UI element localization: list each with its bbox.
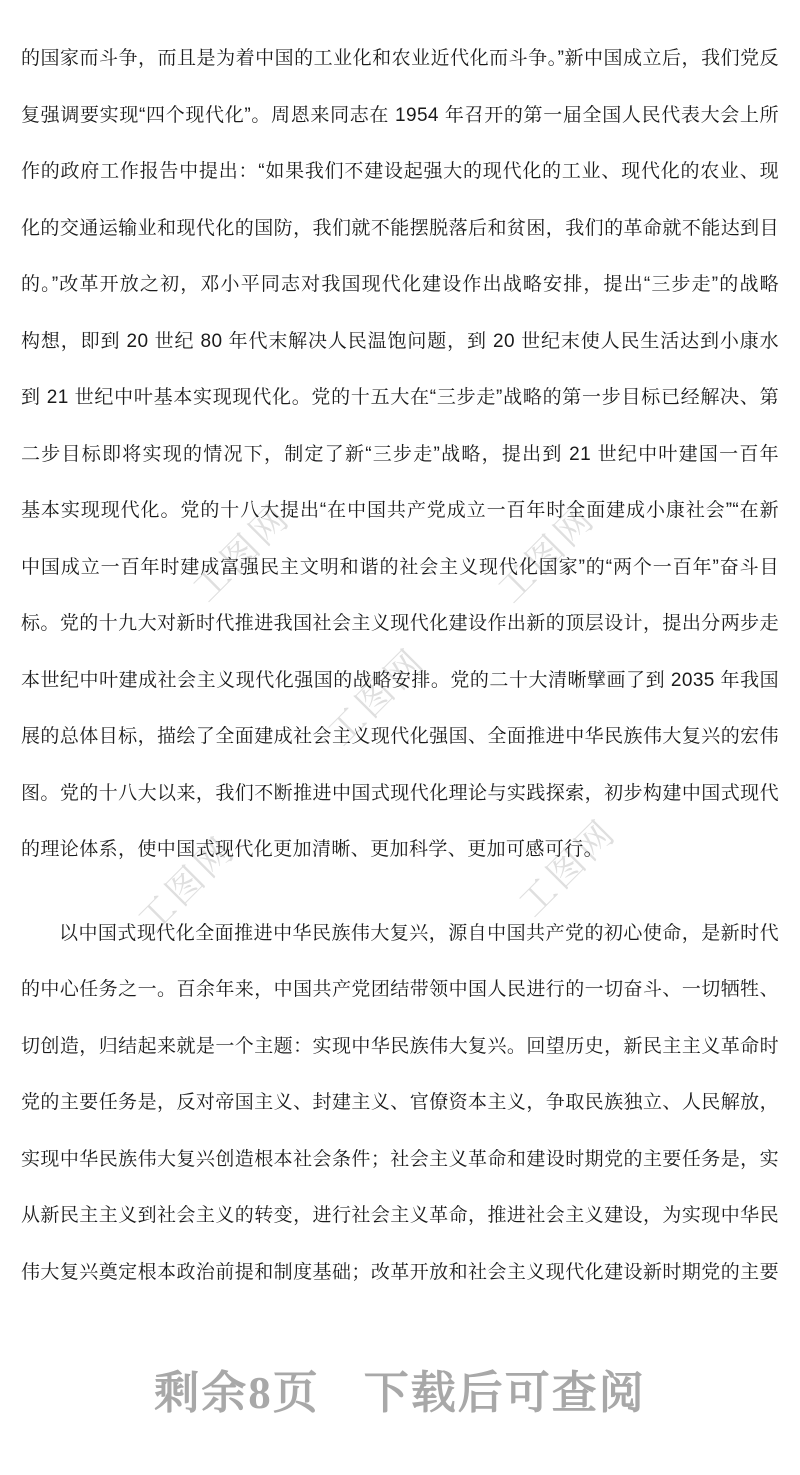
text-line: 化的交通运输业和现代化的国防，我们就不能摆脱落后和贫困，我们的革命就不能达到目 (21, 201, 779, 258)
remaining-pages-label: 剩余8页 (154, 1369, 320, 1419)
text-line: 从新民主主义到社会主义的转变，进行社会主义革命，推进社会主义建设，为实现中华民族 (21, 1188, 779, 1245)
paragraph: 以中国式现代化全面推进中华民族伟大复兴，源自中国共产党的初心使命，是新时代党的中… (21, 906, 779, 1302)
document-page: 工图网工图网工图网工图网工图网 的国家而斗争，而且是为着中国的工业化和农业近代化… (0, 0, 800, 1475)
text-line: 党的主要任务是，反对帝国主义、封建主义、官僚资本主义，争取民族独立、人民解放，为 (21, 1075, 779, 1132)
text-line: 以中国式现代化全面推进中华民族伟大复兴，源自中国共产党的初心使命，是新时代党 (21, 906, 779, 963)
text-line: 的中心任务之一。百余年来，中国共产党团结带领中国人民进行的一切奋斗、一切牺牲、一 (21, 962, 779, 1019)
text-line: 的理论体系，使中国式现代化更加清晰、更加科学、更加可感可行。 (21, 822, 779, 879)
text-line: 基本实现现代化。党的十八大提出“在中国共产党成立一百年时全面建成小康社会”“在新 (21, 483, 779, 540)
text-line: 到 21 世纪中叶基本实现现代化。党的十五大在“三步走”战略的第一步目标已经解决… (21, 370, 779, 427)
text-line: 展的总体目标，描绘了全面建成社会主义现代化强国、全面推进中华民族伟大复兴的宏伟蓝 (21, 709, 779, 766)
document-content: 的国家而斗争，而且是为着中国的工业化和农业近代化而斗争。”新中国成立后，我们党反… (0, 0, 800, 1419)
text-line: 的。”改革开放之初，邓小平同志对我国现代化建设作出战略安排，提出“三步走”的战略 (21, 257, 779, 314)
pages-remaining-banner: 剩余8页 下载后可查阅 (21, 1369, 779, 1419)
text-line: 实现中华民族伟大复兴创造根本社会条件；社会主义革命和建设时期党的主要任务是，实现 (21, 1132, 779, 1189)
text-line: 作的政府工作报告中提出：“如果我们不建设起强大的现代化的工业、现代化的农业、现代 (21, 144, 779, 201)
text-line: 构想，即到 20 世纪 80 年代末解决人民温饱问题，到 20 世纪末使人民生活… (21, 314, 779, 371)
text-line: 标。党的十九大对新时代推进我国社会主义现代化建设作出新的顶层设计，提出分两步走在 (21, 596, 779, 653)
text-line: 中国成立一百年时建成富强民主文明和谐的社会主义现代化国家”的“两个一百年”奋斗目 (21, 540, 779, 597)
text-line: 切创造，归结起来就是一个主题：实现中华民族伟大复兴。回望历史，新民主主义革命时期 (21, 1019, 779, 1076)
paragraph: 的国家而斗争，而且是为着中国的工业化和农业近代化而斗争。”新中国成立后，我们党反… (21, 31, 779, 879)
download-hint-label: 下载后可查阅 (364, 1369, 646, 1419)
text-line: 图。党的十八大以来，我们不断推进中国式现代化理论与实践探索，初步构建中国式现代化 (21, 766, 779, 823)
text-line: 复强调要实现“四个现代化”。周恩来同志在 1954 年召开的第一届全国人民代表大… (21, 88, 779, 145)
text-line: 二步目标即将实现的情况下，制定了新“三步走”战略，提出到 21 世纪中叶建国一百… (21, 427, 779, 484)
text-line: 伟大复兴奠定根本政治前提和制度基础；改革开放和社会主义现代化建设新时期党的主要任 (21, 1245, 779, 1302)
text-line: 本世纪中叶建成社会主义现代化强国的战略安排。党的二十大清晰擘画了到 2035 年… (21, 653, 779, 710)
text-line: 的国家而斗争，而且是为着中国的工业化和农业近代化而斗争。”新中国成立后，我们党反 (21, 31, 779, 88)
